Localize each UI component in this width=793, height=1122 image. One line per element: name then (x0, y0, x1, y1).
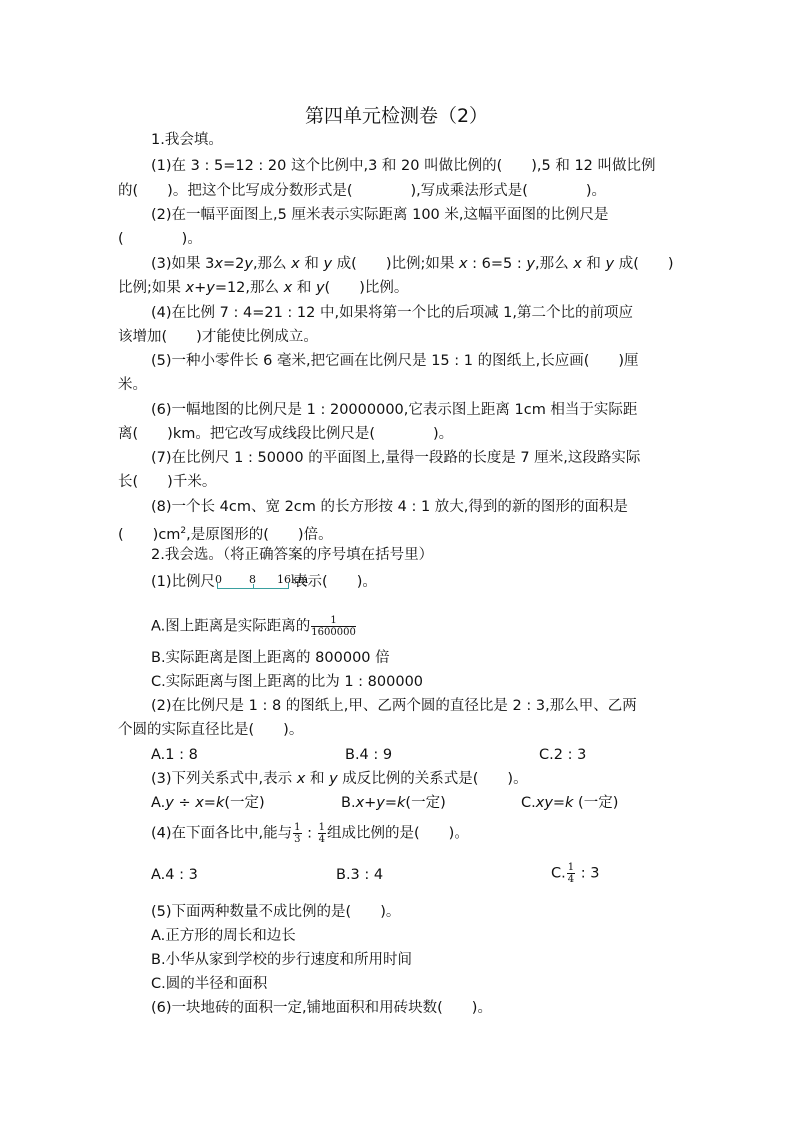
q2-1-option-b: B.实际距离是图上距离的 800000 倍 (151, 648, 390, 668)
text: =12,那么 (215, 280, 284, 296)
text: 和 (300, 256, 324, 272)
q1-3-line1: (3)如果 3x=2y,那么 x 和 y 成( )比例;如果 x : 6=5 :… (151, 254, 674, 274)
fraction: 14 (567, 862, 575, 885)
var-y: y (316, 280, 325, 296)
q2-4-option-b: B.3 : 4 (336, 865, 383, 885)
section1-heading: 1.我会填。 (151, 130, 223, 150)
text: : 3 (576, 866, 599, 882)
q2-5-stem: (5)下面两种数量不成比例的是( )。 (151, 902, 400, 922)
note: (一定) (405, 795, 445, 811)
text: 和 (305, 771, 329, 787)
expr: x+y (186, 280, 215, 296)
q1-6-line1: (6)一幅地图的比例尺是 1 : 20000000,它表示图上距离 1cm 相当… (151, 400, 637, 420)
var-x: x (284, 280, 293, 296)
q1-2-line1: (2)在一幅平面图上,5 厘米表示实际距离 100 米,这幅平面图的比例尺是 (151, 205, 608, 225)
q2-2-line1: (2)在比例尺是 1 : 8 的图纸上,甲、乙两个圆的直径比是 2 : 3,那么… (151, 696, 637, 716)
var-y: y (244, 256, 253, 272)
denominator: 3 (293, 834, 301, 845)
q2-3-stem: (3)下列关系式中,表示 x 和 y 成反比例的关系式是( )。 (151, 769, 528, 789)
q2-1-option-c: C.实际距离与图上距离的比为 1 : 800000 (151, 672, 423, 692)
q2-5-option-a: A.正方形的周长和边长 (151, 926, 296, 946)
denominator: 1600000 (311, 627, 356, 638)
q1-4-line2: 该增加( )才能使比例成立。 (118, 327, 318, 347)
label: C. (551, 866, 566, 882)
fraction: 14 (318, 822, 326, 845)
q2-3-option-a: A.y ÷ x=k(一定) (151, 793, 265, 813)
q2-2-option-c: C.2 : 3 (539, 745, 586, 765)
q1-1-line2: 的( )。把这个比写成分数形式是( ),写成乘法形式是( )。 (118, 181, 606, 201)
text: : 6=5 : (468, 256, 527, 272)
q2-5-option-c: C.圆的半径和面积 (151, 974, 267, 994)
numerator: 1 (567, 862, 575, 874)
denominator: 4 (318, 834, 326, 845)
q2-3-option-c: C.xy=k (一定) (521, 793, 618, 813)
q2-1-stem: (1)比例尺 0 8 16km 表示( )。 (151, 572, 377, 592)
text: : (303, 826, 317, 842)
label: C. (521, 795, 536, 811)
q2-5-option-b: B.小华从家到学校的步行速度和所用时间 (151, 950, 412, 970)
q1-7-line1: (7)在比例尺 1 : 50000 的平面图上,量得一段路的长度是 7 厘米,这… (151, 448, 640, 468)
text: (3)如果 3 (151, 256, 214, 272)
q2-3-option-b: B.x+y=k(一定) (341, 793, 446, 813)
q1-5-line2: 米。 (118, 375, 147, 395)
text: ,那么 (535, 256, 573, 272)
text: ( )比例。 (325, 280, 409, 296)
note: (一定) (224, 795, 264, 811)
fraction: 13 (293, 822, 301, 845)
q1-2-line2: ( )。 (118, 229, 202, 249)
q2-1-option-a: A.图上距离是实际距离的11600000 (151, 615, 357, 638)
q1-6-line2: 离( )km。把它改写成线段比例尺是( )。 (118, 424, 453, 444)
expr: x+y=k (356, 795, 406, 811)
text: =2 (223, 256, 244, 272)
page-title: 第四单元检测卷（2） (0, 104, 793, 128)
section2-heading: 2.我会选。（将正确答案的序号填在括号里） (151, 545, 433, 565)
q1-8-line1: (8)一个长 4cm、宽 2cm 的长方形按 4 : 1 放大,得到的新的图形的… (151, 497, 628, 517)
q2-4-stem: (4)在下面各比中,能与13 : 14组成比例的是( )。 (151, 822, 469, 845)
q2-2-option-a: A.1 : 8 (151, 745, 198, 765)
scale-tick (253, 584, 254, 589)
note: (一定) (573, 795, 618, 811)
q1-5-line1: (5)一种小零件长 6 毫米,把它画在比例尺是 15 : 1 的图纸上,长应画(… (151, 351, 639, 371)
fraction: 11600000 (311, 615, 356, 638)
q1-3-line2: 比例;如果 x+y=12,那么 x 和 y( )比例。 (118, 278, 408, 298)
q2-2-line2: 个圆的实际直径比是( )。 (118, 720, 303, 740)
var-x: x (459, 256, 468, 272)
text: 和 (582, 256, 606, 272)
text: (1)比例尺 (151, 574, 215, 590)
text: (4)在下面各比中,能与 (151, 826, 292, 842)
var-x: x (214, 256, 223, 272)
expr: xy=k (536, 795, 574, 811)
var-x: x (291, 256, 300, 272)
q2-6-stem: (6)一块地砖的面积一定,铺地面积和用砖块数( )。 (151, 998, 492, 1018)
text: 组成比例的是( )。 (327, 826, 469, 842)
numerator: 1 (293, 822, 301, 834)
numerator: 1 (318, 822, 326, 834)
var-y: y (526, 256, 535, 272)
expr: y ÷ x=k (165, 795, 224, 811)
q2-4-option-c: C.14 : 3 (551, 862, 599, 885)
text: ,那么 (253, 256, 291, 272)
text: A.图上距离是实际距离的 (151, 619, 310, 635)
var-y: y (329, 771, 338, 787)
label: B. (341, 795, 356, 811)
text: 比例;如果 (118, 280, 186, 296)
q1-8-line2: ( )cm2,是原图形的( )倍。 (118, 521, 333, 545)
var-x: x (573, 256, 582, 272)
q2-4-option-a: A.4 : 3 (151, 865, 198, 885)
q1-4-line1: (4)在比例 7 : 4=21 : 12 中,如果将第一个比的后项减 1,第二个… (151, 303, 633, 323)
denominator: 4 (567, 874, 575, 885)
q1-1-line1: (1)在 3 : 5=12 : 20 这个比例中,3 和 20 叫做比例的( )… (151, 156, 656, 176)
text: ( )cm (118, 527, 180, 543)
q2-2-option-b: B.4 : 9 (345, 745, 392, 765)
text: 和 (292, 280, 316, 296)
line-scale-bar: 0 8 16km (215, 572, 293, 592)
q1-7-line2: 长( )千米。 (118, 472, 216, 492)
var-y: y (323, 256, 332, 272)
text: 成( ) (614, 256, 673, 272)
text: (3)下列关系式中,表示 (151, 771, 297, 787)
text: 成反比例的关系式是( )。 (338, 771, 528, 787)
numerator: 1 (311, 615, 356, 627)
text: ,是原图形的( )倍。 (186, 527, 332, 543)
text: 成( )比例;如果 (332, 256, 459, 272)
label: A. (151, 795, 165, 811)
var-y: y (606, 256, 615, 272)
